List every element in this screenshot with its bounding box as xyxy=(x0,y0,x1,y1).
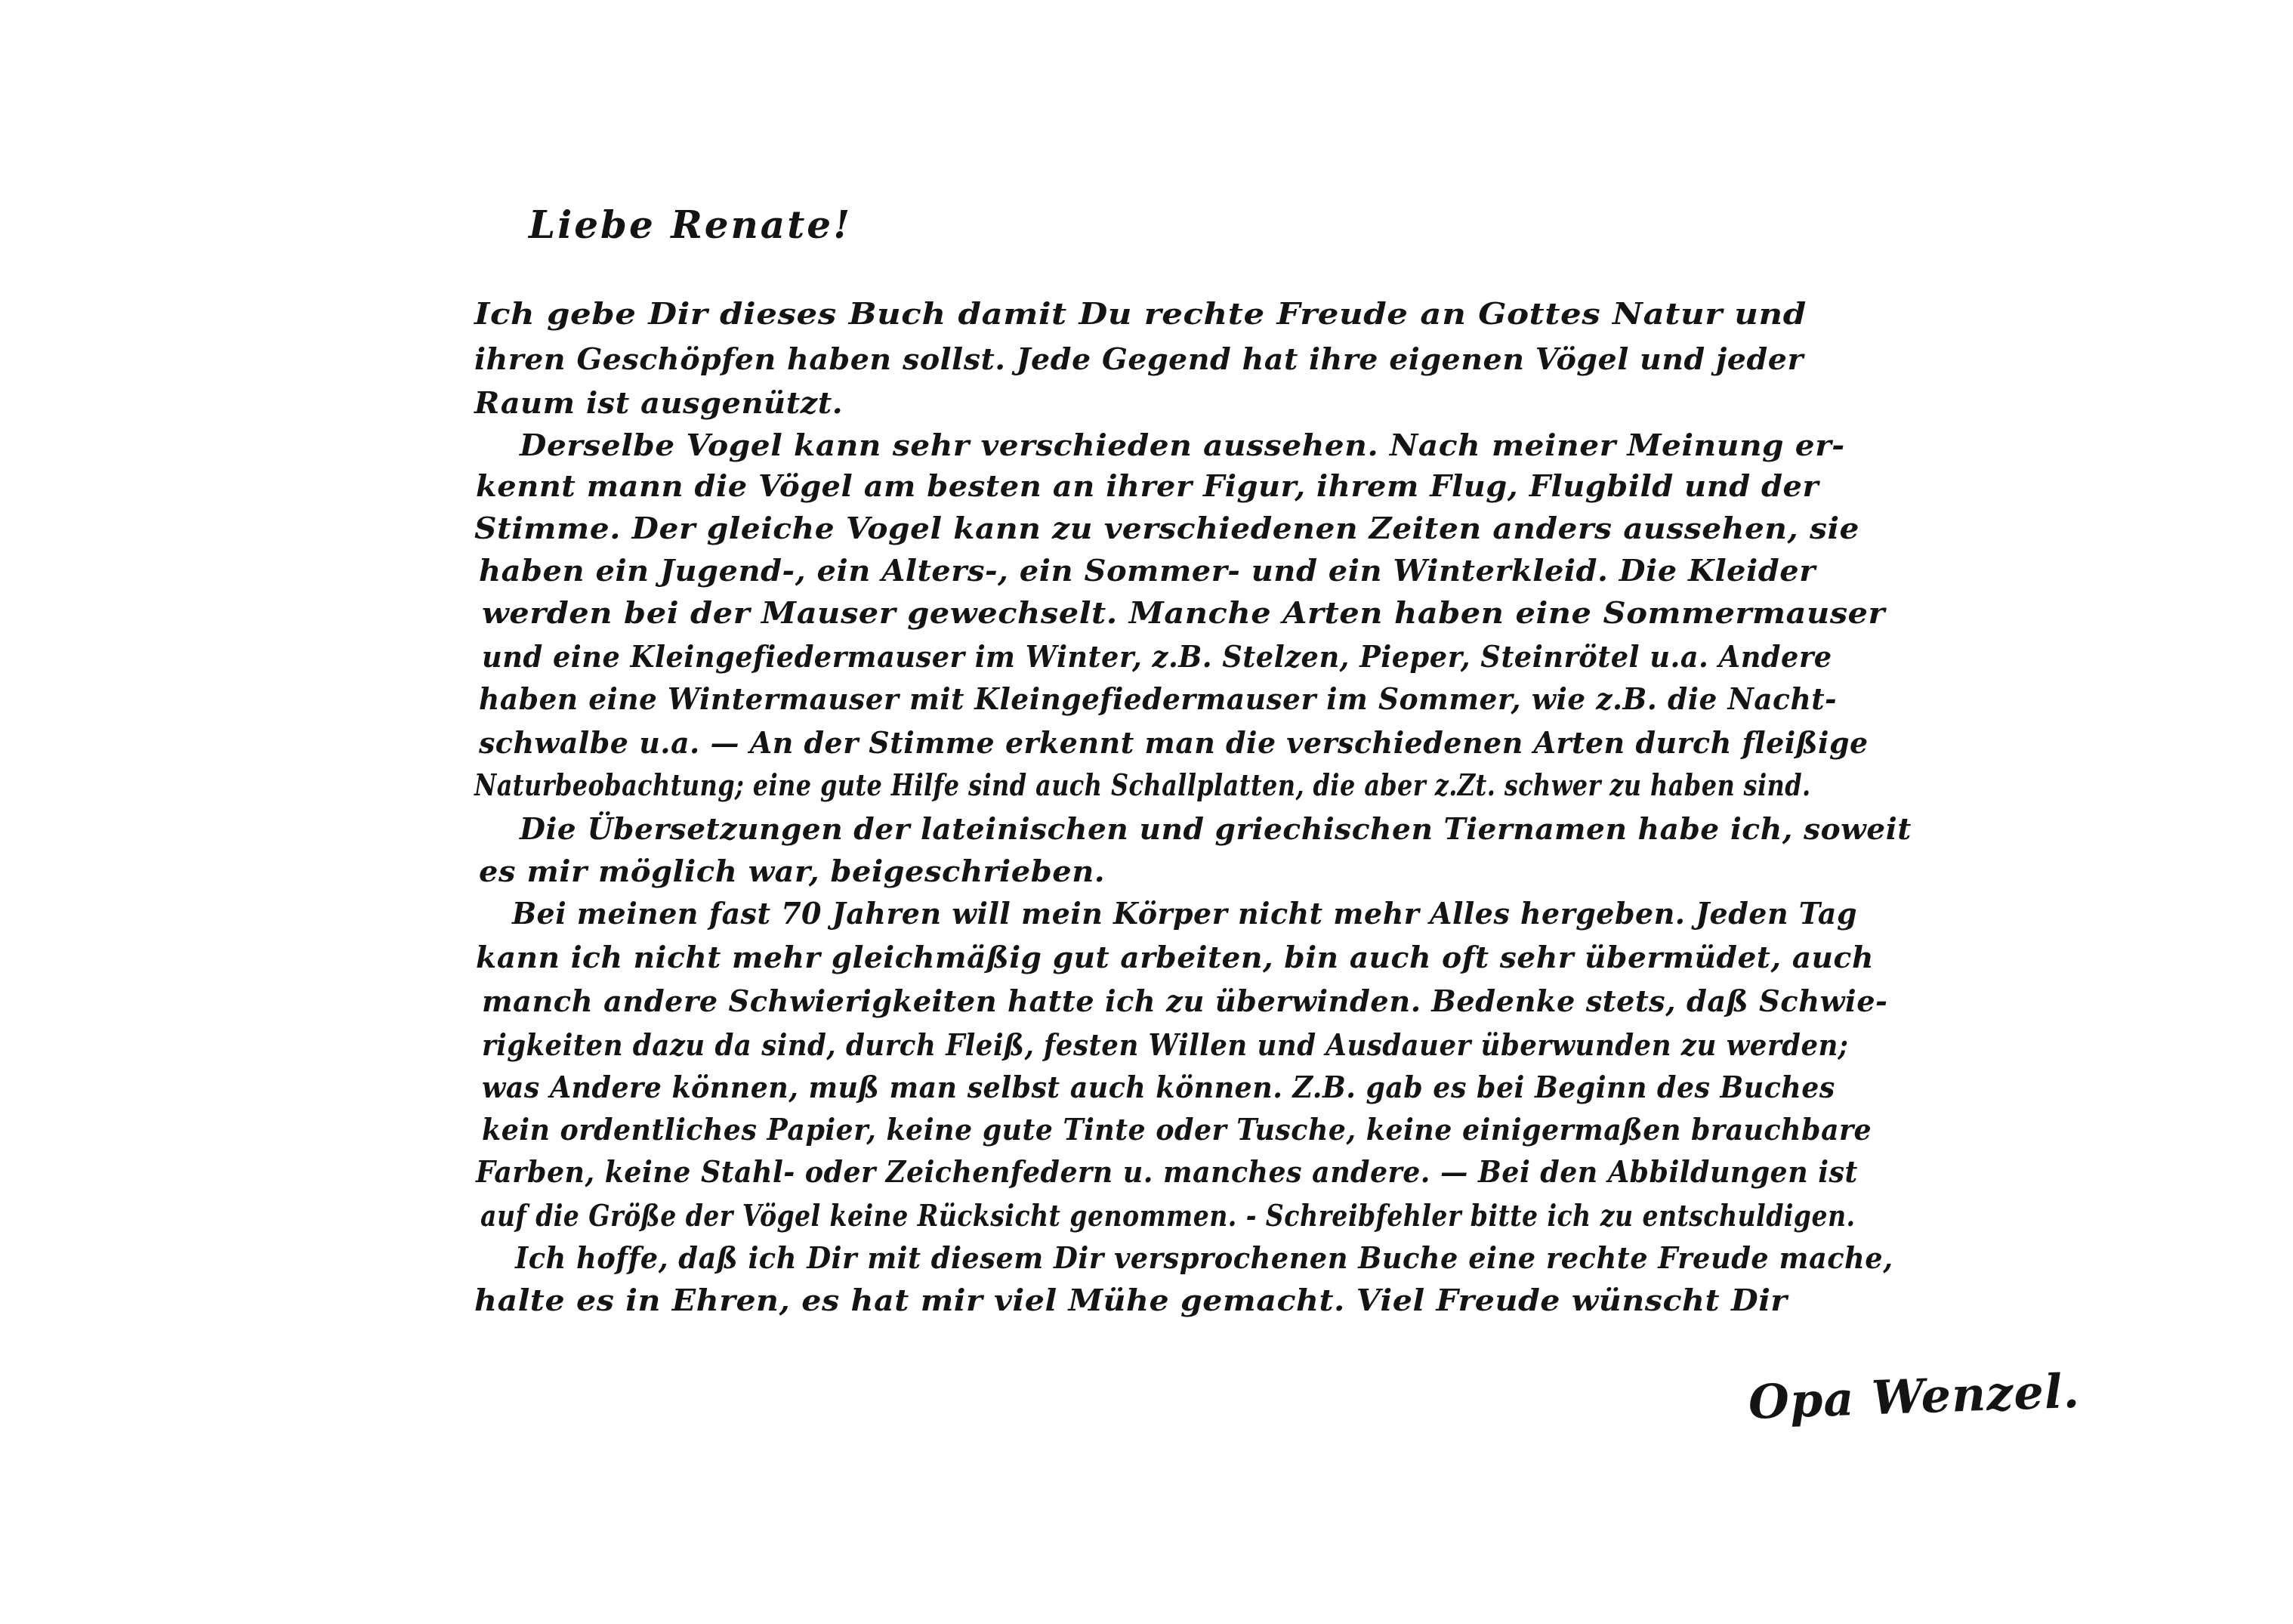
letter-line: Raum ist ausgenützt. xyxy=(474,385,843,421)
letter-line: Ich hoffe, daß ich Dir mit diesem Dir ve… xyxy=(515,1240,1893,1276)
letter-line: haben ein Jugend-, ein Alters-, ein Somm… xyxy=(479,553,1816,588)
salutation: Liebe Renate! xyxy=(529,202,852,247)
letter-line: schwalbe u.a. — An der Stimme erkennt ma… xyxy=(479,725,1869,761)
letter-line: Ich gebe Dir dieses Buch damit Du rechte… xyxy=(474,296,1807,332)
letter-line: Derselbe Vogel kann sehr verschieden aus… xyxy=(520,428,1845,463)
letter-line: werden bei der Mauser gewechselt. Manche… xyxy=(482,595,1885,631)
letter-line: kann ich nicht mehr gleichmäßig gut arbe… xyxy=(476,940,1874,975)
letter-page: Liebe Renate! Ich gebe Dir dieses Buch d… xyxy=(0,0,2293,1624)
letter-line: manch andere Schwierigkeiten hatte ich z… xyxy=(482,983,1888,1019)
letter-line: und eine Kleingefiedermauser im Winter, … xyxy=(482,639,1832,675)
letter-line: Naturbeobachtung; eine gute Hilfe sind a… xyxy=(474,767,1811,803)
letter-line: Farben, keine Stahl- oder Zeichenfedern … xyxy=(476,1154,1858,1190)
letter-line: kein ordentliches Papier, keine gute Tin… xyxy=(482,1112,1872,1147)
letter-line: Bei meinen fast 70 Jahren will mein Körp… xyxy=(512,896,1857,931)
letter-line: was Andere können, muß man selbst auch k… xyxy=(482,1070,1835,1105)
letter-line: kennt mann die Vögel am besten an ihrer … xyxy=(476,468,1819,504)
letter-line: Die Übersetzungen der lateinischen und g… xyxy=(520,811,1912,847)
signature: Opa Wenzel. xyxy=(1748,1363,2081,1430)
letter-line: auf die Größe der Vögel keine Rücksicht … xyxy=(480,1198,1855,1233)
letter-line: rigkeiten dazu da sind, durch Fleiß, fes… xyxy=(482,1027,1848,1063)
letter-line: es mir möglich war, beigeschrieben. xyxy=(479,854,1105,889)
letter-line: ihren Geschöpfen haben sollst. Jede Gege… xyxy=(474,341,1804,377)
letter-line: haben eine Wintermauser mit Kleingefiede… xyxy=(479,681,1837,717)
letter-line: halte es in Ehren, es hat mir viel Mühe … xyxy=(474,1283,1788,1318)
letter-line: Stimme. Der gleiche Vogel kann zu versch… xyxy=(474,511,1859,546)
